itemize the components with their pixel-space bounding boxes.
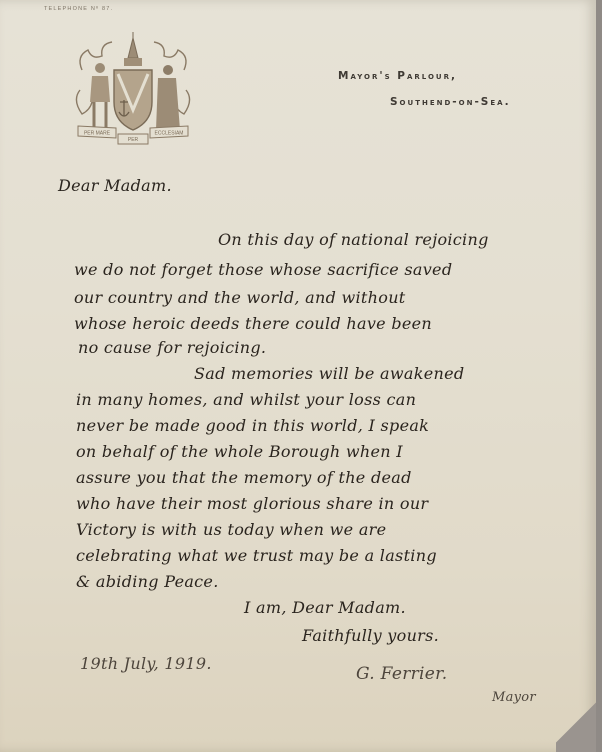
body-line: on behalf of the whole Borough when I [76, 442, 403, 461]
telephone-number: TELEPHONE Nº 87. [44, 6, 113, 12]
body-line: no cause for rejoicing. [78, 338, 266, 357]
body-line: our country and the world, and without [74, 288, 406, 307]
coat-of-arms-icon: PER MARE PER ECCLESIAM [72, 30, 194, 146]
body-line: celebrating what we trust may be a lasti… [76, 546, 437, 565]
motto-left: PER MARE [84, 131, 111, 137]
body-line: On this day of national rejoicing [218, 230, 489, 249]
letter-date: 19th July, 1919. [80, 654, 212, 673]
body-line: assure you that the memory of the dead [76, 468, 412, 487]
closing-line-2: Faithfully yours. [302, 626, 439, 645]
body-line: Victory is with us today when we are [76, 520, 386, 539]
motto-center: PER [128, 137, 139, 143]
body-line: we do not forget those whose sacrifice s… [74, 260, 452, 279]
signatory-title: Mayor [492, 690, 536, 705]
body-line: Sad memories will be awakened [194, 364, 464, 383]
address-line-2: Southend-on-Sea. [390, 96, 511, 108]
closing-line-1: I am, Dear Madam. [244, 598, 406, 617]
body-line: who have their most glorious share in ou… [76, 494, 428, 513]
body-line: whose heroic deeds there could have been [74, 314, 432, 333]
motto-right: ECCLESIAM [155, 131, 184, 137]
body-line: never be made good in this world, I spea… [76, 416, 429, 435]
letter-page: TELEPHONE Nº 87. PER MARE PER ECCLESIAM [0, 0, 596, 752]
address-line-1: Mayor's Parlour, [338, 70, 457, 82]
body-line: in many homes, and whilst your loss can [76, 390, 416, 409]
salutation: Dear Madam. [58, 176, 172, 195]
signature: G. Ferrier. [356, 664, 447, 684]
body-line: & abiding Peace. [76, 572, 219, 591]
